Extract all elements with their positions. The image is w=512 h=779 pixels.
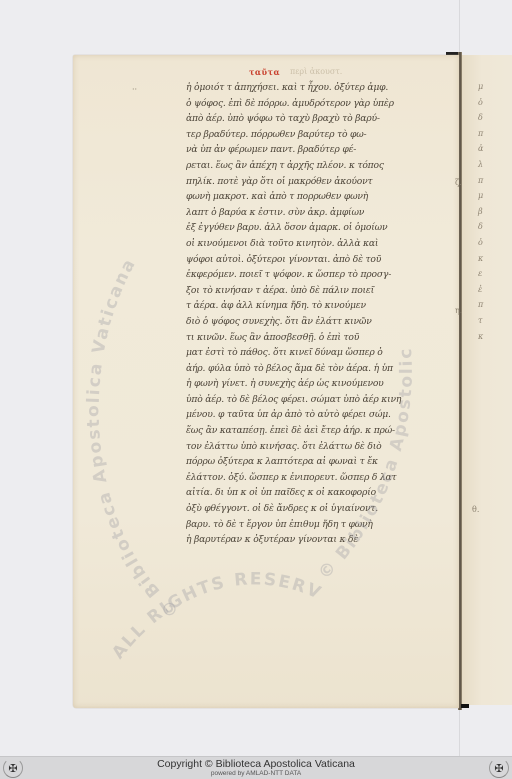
manuscript-line: ἀήρ. φύλα ὑπὸ τὸ βέλος ἅμα δὲ τὸν ἀέρα. …: [186, 361, 438, 377]
manuscript-line: οἱ κινούμενοι διὰ τοῦτο κινητὸν. ἀλλὰ κα…: [186, 236, 438, 252]
manuscript-line: ρεται. ἕως ἂν ἀπέχη τ ἀρχῆς πλέον. κ τόπ…: [186, 158, 438, 174]
facing-page-line: κ: [478, 254, 483, 263]
running-head-faint: περὶ ἀκουστ.: [290, 67, 342, 76]
manuscript-line: βαρυ. τὸ δὲ τ ἔργον ὑπ ἐπιθυμ ἤδη τ φωνὴ: [186, 517, 438, 533]
facing-page-recto: [462, 55, 512, 705]
manuscript-line: τον ἐλάττω ὑπὸ κινήσας. ὅτι ἐλάττω δὲ δι…: [186, 439, 438, 455]
manuscript-line: ἐξ ἐγγύθεν βαρυ. ἀλλ ὅσον ἀμαρκ. οἱ ὁμοί…: [186, 220, 438, 236]
manuscript-line: φωνὴ μακροτ. καὶ ἀπὸ τ πορρωθεν φωνὴ: [186, 189, 438, 205]
manuscript-line: ἐκφερόμεν. ποιεῖ τ ψόφον. κ ὥσπερ τὸ προ…: [186, 267, 438, 283]
manuscript-line: τερ βραδύτερ. πόρρωθεν βαρύτερ τὸ φω-: [186, 127, 438, 143]
running-head-rubric: ταῦτα: [249, 67, 280, 77]
footer-bar: ✠ Copyright © Biblioteca Apostolica Vati…: [0, 756, 512, 779]
margin-numeral-eta: η.: [455, 306, 462, 315]
manuscript-line: λαπτ ὁ βαρύα κ ἐστιν. σὺν ἀκρ. ἀμφίων: [186, 205, 438, 221]
manuscript-line: πόρρω ὀξύτερα κ λαπτότερα αἱ φωναὶ τ ἔκ: [186, 454, 438, 470]
manuscript-line: ὑπὸ ἀέρ. τὸ δὲ βέλος φέρει. σώματ ὑπὸ ἀέ…: [186, 392, 438, 408]
manuscript-line: ματ ἐστὶ τὸ πάθος. ὅτι κινεῖ δύναμ ὥσπερ…: [186, 345, 438, 361]
facing-page-line: π: [478, 300, 483, 309]
margin-numeral-zeta: ζ.: [455, 178, 462, 187]
facing-page-line: ἐ: [478, 285, 482, 294]
manuscript-line: ὀξὺ φθέγγοντ. οἱ δὲ ἄνδρες κ οἱ ὑγιαίνον…: [186, 501, 438, 517]
footer-powered-by[interactable]: powered by AMLAD-NTT DATA: [0, 770, 512, 777]
manuscript-line: ἡ φωνὴ γίνετ. ἡ συνεχὴς ἀέρ ὡς κινούμενο…: [186, 376, 438, 392]
left-margin-note: ··: [132, 85, 137, 94]
facing-page-line: λ: [478, 160, 483, 169]
manuscript-line: μένου. φ ταῦτα ὑπ ἀρ ἀπὸ τὸ αὐτὸ φέρει σ…: [186, 407, 438, 423]
facing-page-line: π: [478, 129, 483, 138]
facing-page-line: μ: [478, 82, 483, 91]
manuscript-line: διὸ ὁ ψόφος συνεχὴς. ὅτι ἂν ἐλάττ κινῶν: [186, 314, 438, 330]
footer-copyright: Copyright © Biblioteca Apostolica Vatica…: [0, 758, 512, 770]
facing-page-line: δ: [478, 222, 483, 231]
manuscript-line: τ ἀέρα. ἀφ ἀλλ κίνημα ἤδη. τὸ κινούμεν: [186, 298, 438, 314]
manuscript-line: νὰ ὑπ ἀν φέρωμεν παντ. βραδύτερ φέ-: [186, 142, 438, 158]
facing-page-line: ε: [478, 269, 482, 278]
margin-numeral-theta: θ.: [472, 505, 479, 514]
facing-page-line: κ: [478, 332, 483, 341]
binding-tab-bottom: [461, 704, 469, 708]
manuscript-line: τι κινῶν. ἕως ἂν ἀποσβεσθῇ. ὁ ἐπὶ τοῦ: [186, 330, 438, 346]
manuscript-line: ἡ ὁμοιότ τ ἀπηχήσει. καὶ τ ἦχου. ὀξύτερ …: [186, 80, 438, 96]
facing-page-line: ἀ: [478, 144, 483, 153]
facing-page-line: β: [478, 207, 483, 216]
manuscript-line: ἀπὸ ἀέρ. ὑπὸ ψόφω τὸ ταχὺ βραχὺ τὸ βαρύ-: [186, 111, 438, 127]
vatican-emblem-icon: ✠: [489, 758, 509, 778]
manuscript-line: ξοι τὸ κινήσαν τ ἀέρα. ὑπὸ δὲ πάλιν ποιε…: [186, 283, 438, 299]
manuscript-line: ψόφοι αὐτοὶ. ὀξύτεροι γίνονται. ἀπὸ δὲ τ…: [186, 252, 438, 268]
manuscript-line: ἐλάττον. ὀξύ. ὥσπερ κ ἐνιπορευτ. ὥσπερ δ…: [186, 470, 438, 486]
facing-page-line: μ: [478, 191, 483, 200]
manuscript-line: ὁ ψόφος. ἐπὶ δὲ πόρρω. ἀμυδρότερον γὰρ ὑ…: [186, 96, 438, 112]
facing-page-line: ὁ: [478, 98, 483, 107]
manuscript-line: ἡ βαρυτέραν κ ὀξυτέραν γίνονται κ δὲ: [186, 532, 438, 548]
facing-page-line: δ: [478, 113, 483, 122]
manuscript-line: ἕως ἂν καταπέσῃ. ἐπεὶ δὲ ἀεὶ ἔτερ ἀήρ. κ…: [186, 423, 438, 439]
facing-page-line: ὁ: [478, 238, 483, 247]
facing-page-line: π: [478, 176, 483, 185]
manuscript-line: αἰτία. δι ὑπ κ οἱ ὑπ παῖδες κ οἱ κακοφορ…: [186, 485, 438, 501]
facing-page-line: τ: [478, 316, 482, 325]
manuscript-text-block: ἡ ὁμοιότ τ ἀπηχήσει. καὶ τ ἦχου. ὀξύτερ …: [186, 80, 438, 548]
image-viewer[interactable]: ταῦτα περὶ ἀκουστ. ·· ἡ ὁμοιότ τ ἀπηχήσε…: [0, 0, 512, 756]
manuscript-line: πηλίκ. ποτὲ γὰρ ὅτι οἱ μακρόθεν ἀκούοντ: [186, 174, 438, 190]
